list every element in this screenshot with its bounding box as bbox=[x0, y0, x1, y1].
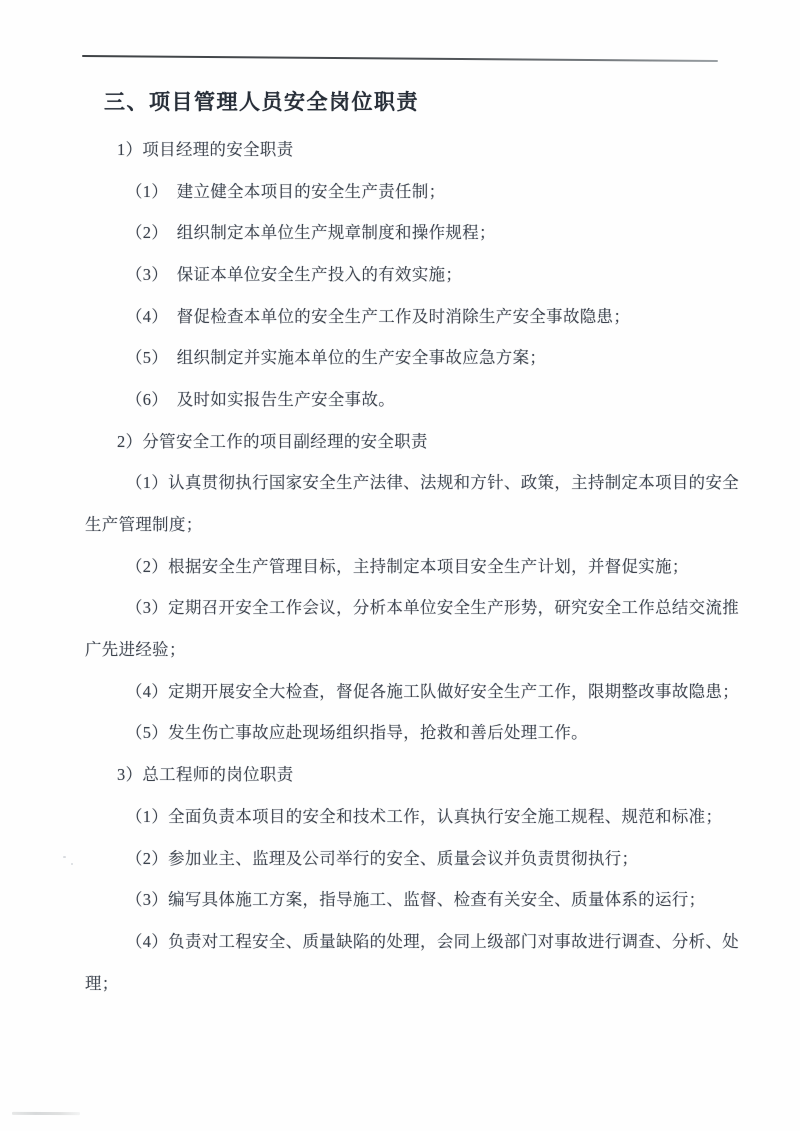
header-scan-rule bbox=[82, 55, 718, 62]
document-line: （6） 及时如实报告生产安全事故。 bbox=[0, 377, 800, 419]
document-line: （2） 组织制定本单位生产规章制度和操作规程； bbox=[0, 210, 800, 252]
document-line: （2）根据安全生产管理目标，主持制定本项目安全生产计划，并督促实施； bbox=[0, 544, 800, 586]
document-line: （1）全面负责本项目的安全和技术工作，认真执行安全施工规程、规范和标准； bbox=[0, 794, 800, 836]
document-line: （3）定期召开安全工作会议，分析本单位安全生产形势，研究安全工作总结交流推 bbox=[0, 586, 800, 628]
document-line: 1）项目经理的安全职责 bbox=[0, 127, 800, 169]
document-line: （4）负责对工程安全、质量缺陷的处理，会同上级部门对事故进行调查、分析、处 bbox=[0, 919, 800, 961]
scan-artifact-speck bbox=[63, 856, 66, 858]
document-body: 1）项目经理的安全职责（1） 建立健全本项目的安全生产责任制；（2） 组织制定本… bbox=[0, 127, 800, 1002]
document-line: （4）定期开展安全大检查，督促各施工队做好安全生产工作，限期整改事故隐患； bbox=[0, 669, 800, 711]
document-line: 广先进经验； bbox=[0, 627, 800, 669]
scan-artifact-line bbox=[12, 1112, 80, 1115]
document-title: 三、项目管理人员安全岗位职责 bbox=[104, 86, 419, 116]
document-line: （5）发生伤亡事故应赴现场组织指导，抢救和善后处理工作。 bbox=[0, 711, 800, 753]
scan-artifact-speck bbox=[71, 863, 73, 865]
document-line: （5） 组织制定并实施本单位的生产安全事故应急方案； bbox=[0, 335, 800, 377]
document-line: （1） 建立健全本项目的安全生产责任制； bbox=[0, 169, 800, 211]
document-line: （1）认真贯彻执行国家安全生产法律、法规和方针、政策，主持制定本项目的安全 bbox=[0, 461, 800, 503]
document-line: 3）总工程师的岗位职责 bbox=[0, 752, 800, 794]
document-line: 生产管理制度； bbox=[0, 502, 800, 544]
document-line: 2）分管安全工作的项目副经理的安全职责 bbox=[0, 419, 800, 461]
document-page: 三、项目管理人员安全岗位职责 1）项目经理的安全职责（1） 建立健全本项目的安全… bbox=[0, 0, 800, 1131]
document-line: （3） 保证本单位安全生产投入的有效实施； bbox=[0, 252, 800, 294]
document-line: （4） 督促检查本单位的安全生产工作及时消除生产安全事故隐患； bbox=[0, 294, 800, 336]
document-line: 理； bbox=[0, 961, 800, 1003]
document-line: （2）参加业主、监理及公司举行的安全、质量会议并负责贯彻执行； bbox=[0, 836, 800, 878]
document-line: （3）编写具体施工方案，指导施工、监督、检查有关安全、质量体系的运行； bbox=[0, 877, 800, 919]
